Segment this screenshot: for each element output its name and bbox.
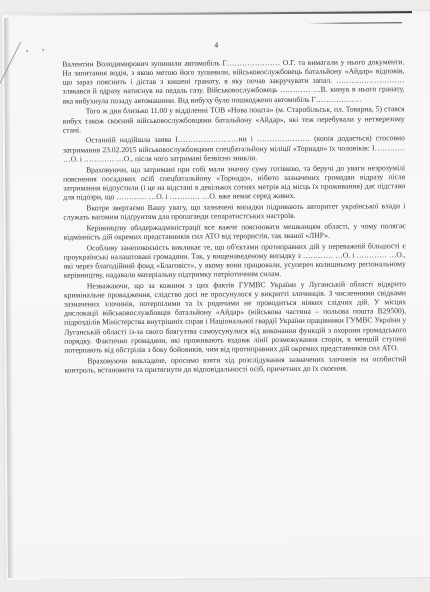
paragraph: Валентин Володимирович зупинили автомобі… (62, 57, 404, 105)
document-body: Валентин Володимирович зупинили автомобі… (62, 57, 406, 376)
page-number: 4 (2, 39, 430, 51)
paragraph: Враховуючи викладене, просимо взяти хід … (64, 354, 406, 375)
paragraph: Враховуючи, що затримані при собі мали з… (63, 163, 405, 202)
paragraph: Останній надійшла заява І……………………ни і ……… (63, 134, 405, 164)
paragraph: Особливу занепокоєність викликає те, що … (64, 241, 406, 280)
document-page: 4 Валентин Володимирович зупинили автомо… (2, 11, 430, 580)
paragraph: Незважаючи, що за кожним з цих фактів ГУ… (64, 279, 407, 355)
left-binding-shadow (4, 18, 14, 578)
scan-bottom-margin (0, 580, 430, 592)
page-fold-line (307, 22, 402, 24)
paragraph: Того ж дня близько 11.00 у відділенні ТО… (63, 105, 405, 135)
paragraph: Керівництву облдержадміністрації все важ… (63, 221, 405, 242)
paragraph: Вкотре звертаємо Вашу увагу, що зазначен… (63, 201, 405, 222)
